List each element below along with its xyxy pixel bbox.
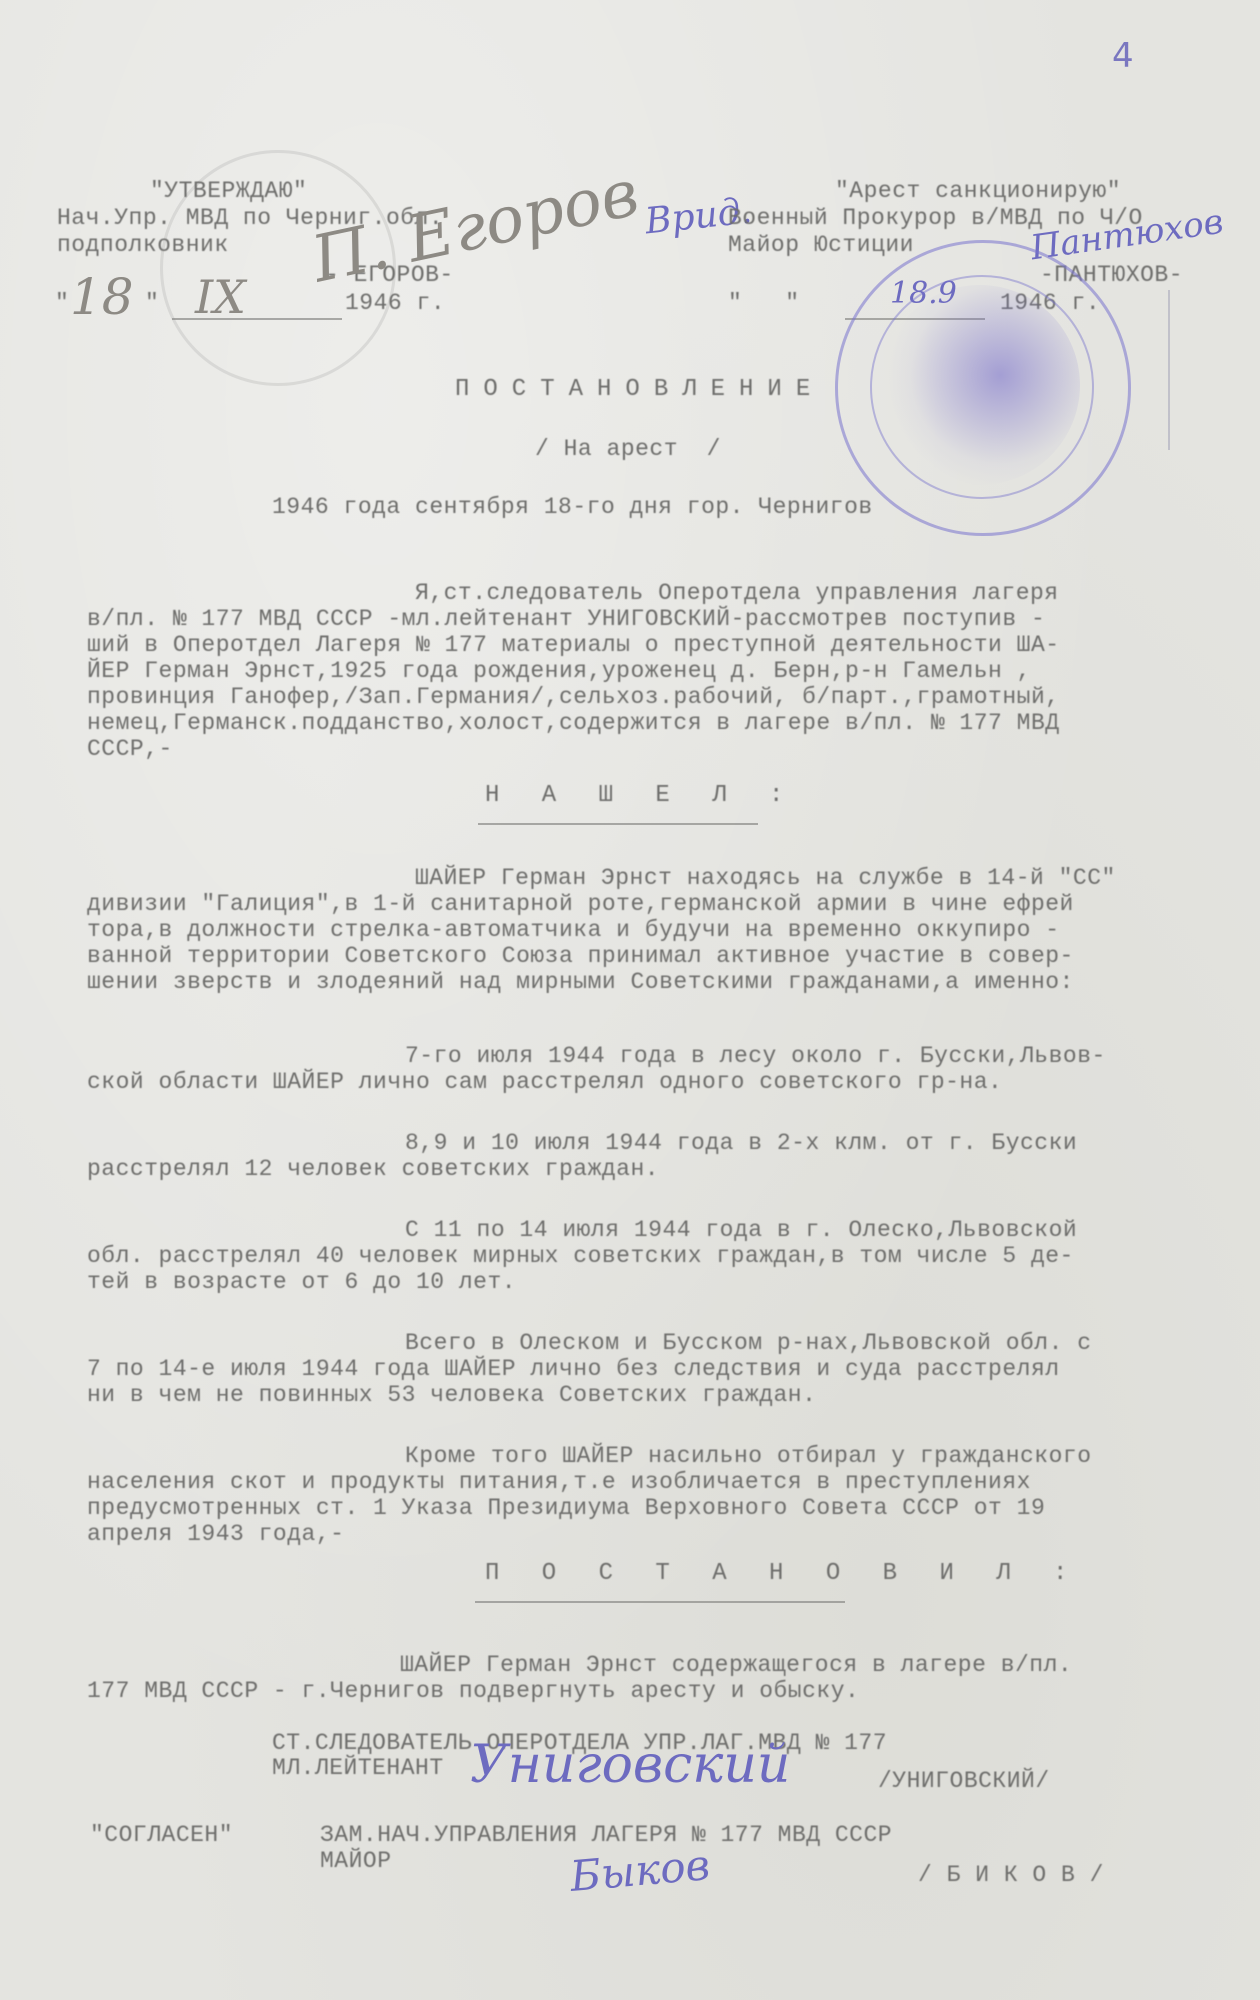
deputy-signature: Быков	[568, 1840, 712, 1901]
document-date-line: 1946 года сентября 18-го дня гор. Черниг…	[272, 494, 873, 521]
approval-day: 18	[70, 268, 134, 326]
document-title: ПОСТАНОВЛЕНИЕ	[455, 376, 824, 403]
investigator-name: /УНИГОВСКИЙ/	[878, 1768, 1050, 1795]
deputy-name: / Б И К О В /	[918, 1862, 1104, 1889]
approval-month: IX	[195, 270, 246, 324]
approve-label: "УТВЕРЖДАЮ"	[150, 178, 307, 205]
investigator-rank: МЛ.ЛЕЙТЕНАНТ	[272, 1755, 444, 1782]
approver-signature: П. Егоров	[306, 156, 645, 297]
approver-rank: подполковник	[57, 232, 229, 259]
found-underline	[478, 823, 758, 825]
resolved-underline	[475, 1601, 845, 1603]
investigator-signature: Униговский	[470, 1735, 790, 1795]
approval-year: 1946 г.	[345, 290, 445, 317]
agreed-label: "СОГЛАСЕН"	[90, 1822, 233, 1849]
deputy-rank: МАЙОР	[320, 1848, 392, 1875]
document-subtitle: / На арест /	[535, 436, 721, 463]
sanction-label: "Арест санкционирую"	[835, 178, 1121, 205]
found-heading: Н А Ш Е Л :	[485, 782, 797, 809]
sanction-date-quotes: " "	[728, 290, 800, 317]
prosecutor-rank: Майор Юстиции	[728, 232, 914, 259]
resolved-heading: П О С Т А Н О В И Л :	[485, 1560, 1081, 1587]
page-number: 4	[1112, 36, 1134, 76]
document-page: 4 "УТВЕРЖДАЮ" Нач.Упр. МВД по Черниг.обл…	[0, 0, 1260, 2000]
deputy-title: ЗАМ.НАЧ.УПРАВЛЕНИЯ ЛАГЕРЯ № 177 МВД СССР	[320, 1822, 892, 1849]
